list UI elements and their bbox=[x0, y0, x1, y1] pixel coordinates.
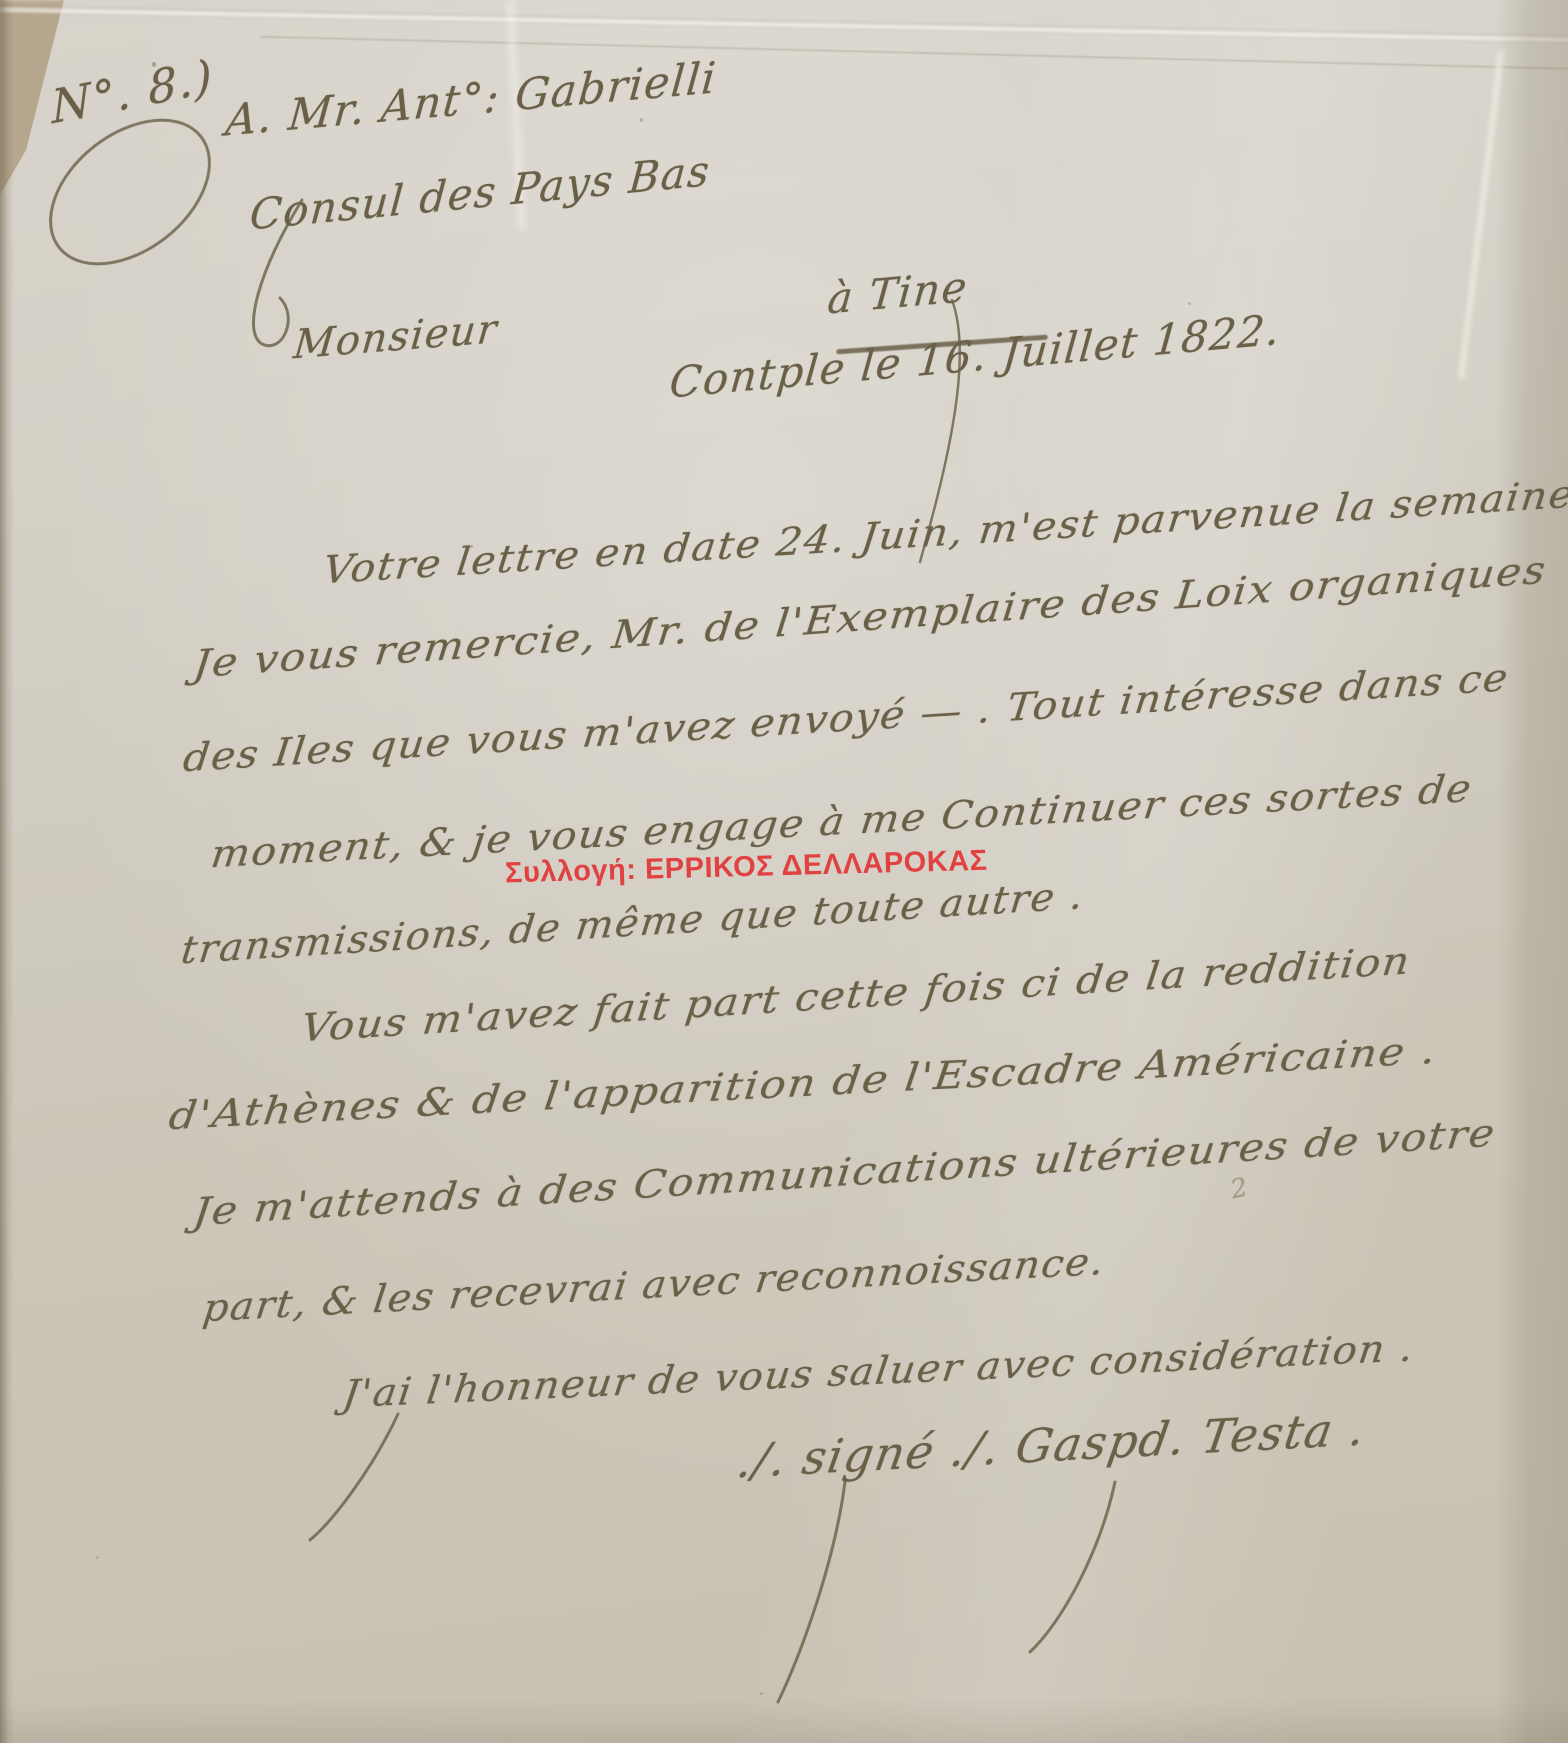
body-line: Vous m'avez fait part cette fois ci de l… bbox=[299, 938, 1413, 1050]
recipient-title-line: Consul des Pays Bas bbox=[248, 146, 712, 240]
closing-line: J'ai l'honneur de vous saluer avec consi… bbox=[340, 1325, 1417, 1416]
body-line: part, & les recevrai avec reconnoissance… bbox=[201, 1239, 1108, 1331]
paper-fold-crease bbox=[260, 36, 1568, 70]
signature-descender bbox=[778, 1482, 845, 1702]
paper-edge-shading bbox=[1496, 0, 1568, 1743]
recipient-line: A. Mr. Ant°: Gabrielli bbox=[224, 53, 719, 147]
letter-photograph: N°. 8.) A. Mr. Ant°: Gabrielli Consul de… bbox=[0, 0, 1568, 1743]
paper-speck bbox=[1188, 302, 1191, 305]
signature-line: ./. signé ./. Gaspd. Testa . bbox=[733, 1401, 1370, 1488]
paper-edge-shading bbox=[0, 1697, 1568, 1743]
paper-speck bbox=[96, 1556, 99, 1559]
paper-fold-crease bbox=[0, 5, 1568, 45]
place-line: à Tine bbox=[826, 262, 971, 324]
document-number: N°. 8.) bbox=[50, 49, 215, 135]
closing-descender bbox=[310, 1414, 398, 1540]
dateline: Contple le 16. Juillet 1822. bbox=[668, 305, 1283, 408]
paper-speck bbox=[640, 118, 643, 122]
salutation: Monsieur bbox=[292, 306, 501, 369]
margin-mark: 2 bbox=[1228, 1172, 1252, 1205]
signature-descender bbox=[1030, 1482, 1115, 1652]
paper-edge-shadow bbox=[0, 0, 14, 1743]
body-line: des Iles que vous m'avez envoyé — . Tout… bbox=[181, 655, 1512, 780]
body-line: transmissions, de même que toute autre . bbox=[179, 873, 1087, 973]
paper-speck bbox=[760, 1692, 763, 1695]
body-line: Je m'attends à des Communications ultéri… bbox=[191, 1110, 1498, 1234]
